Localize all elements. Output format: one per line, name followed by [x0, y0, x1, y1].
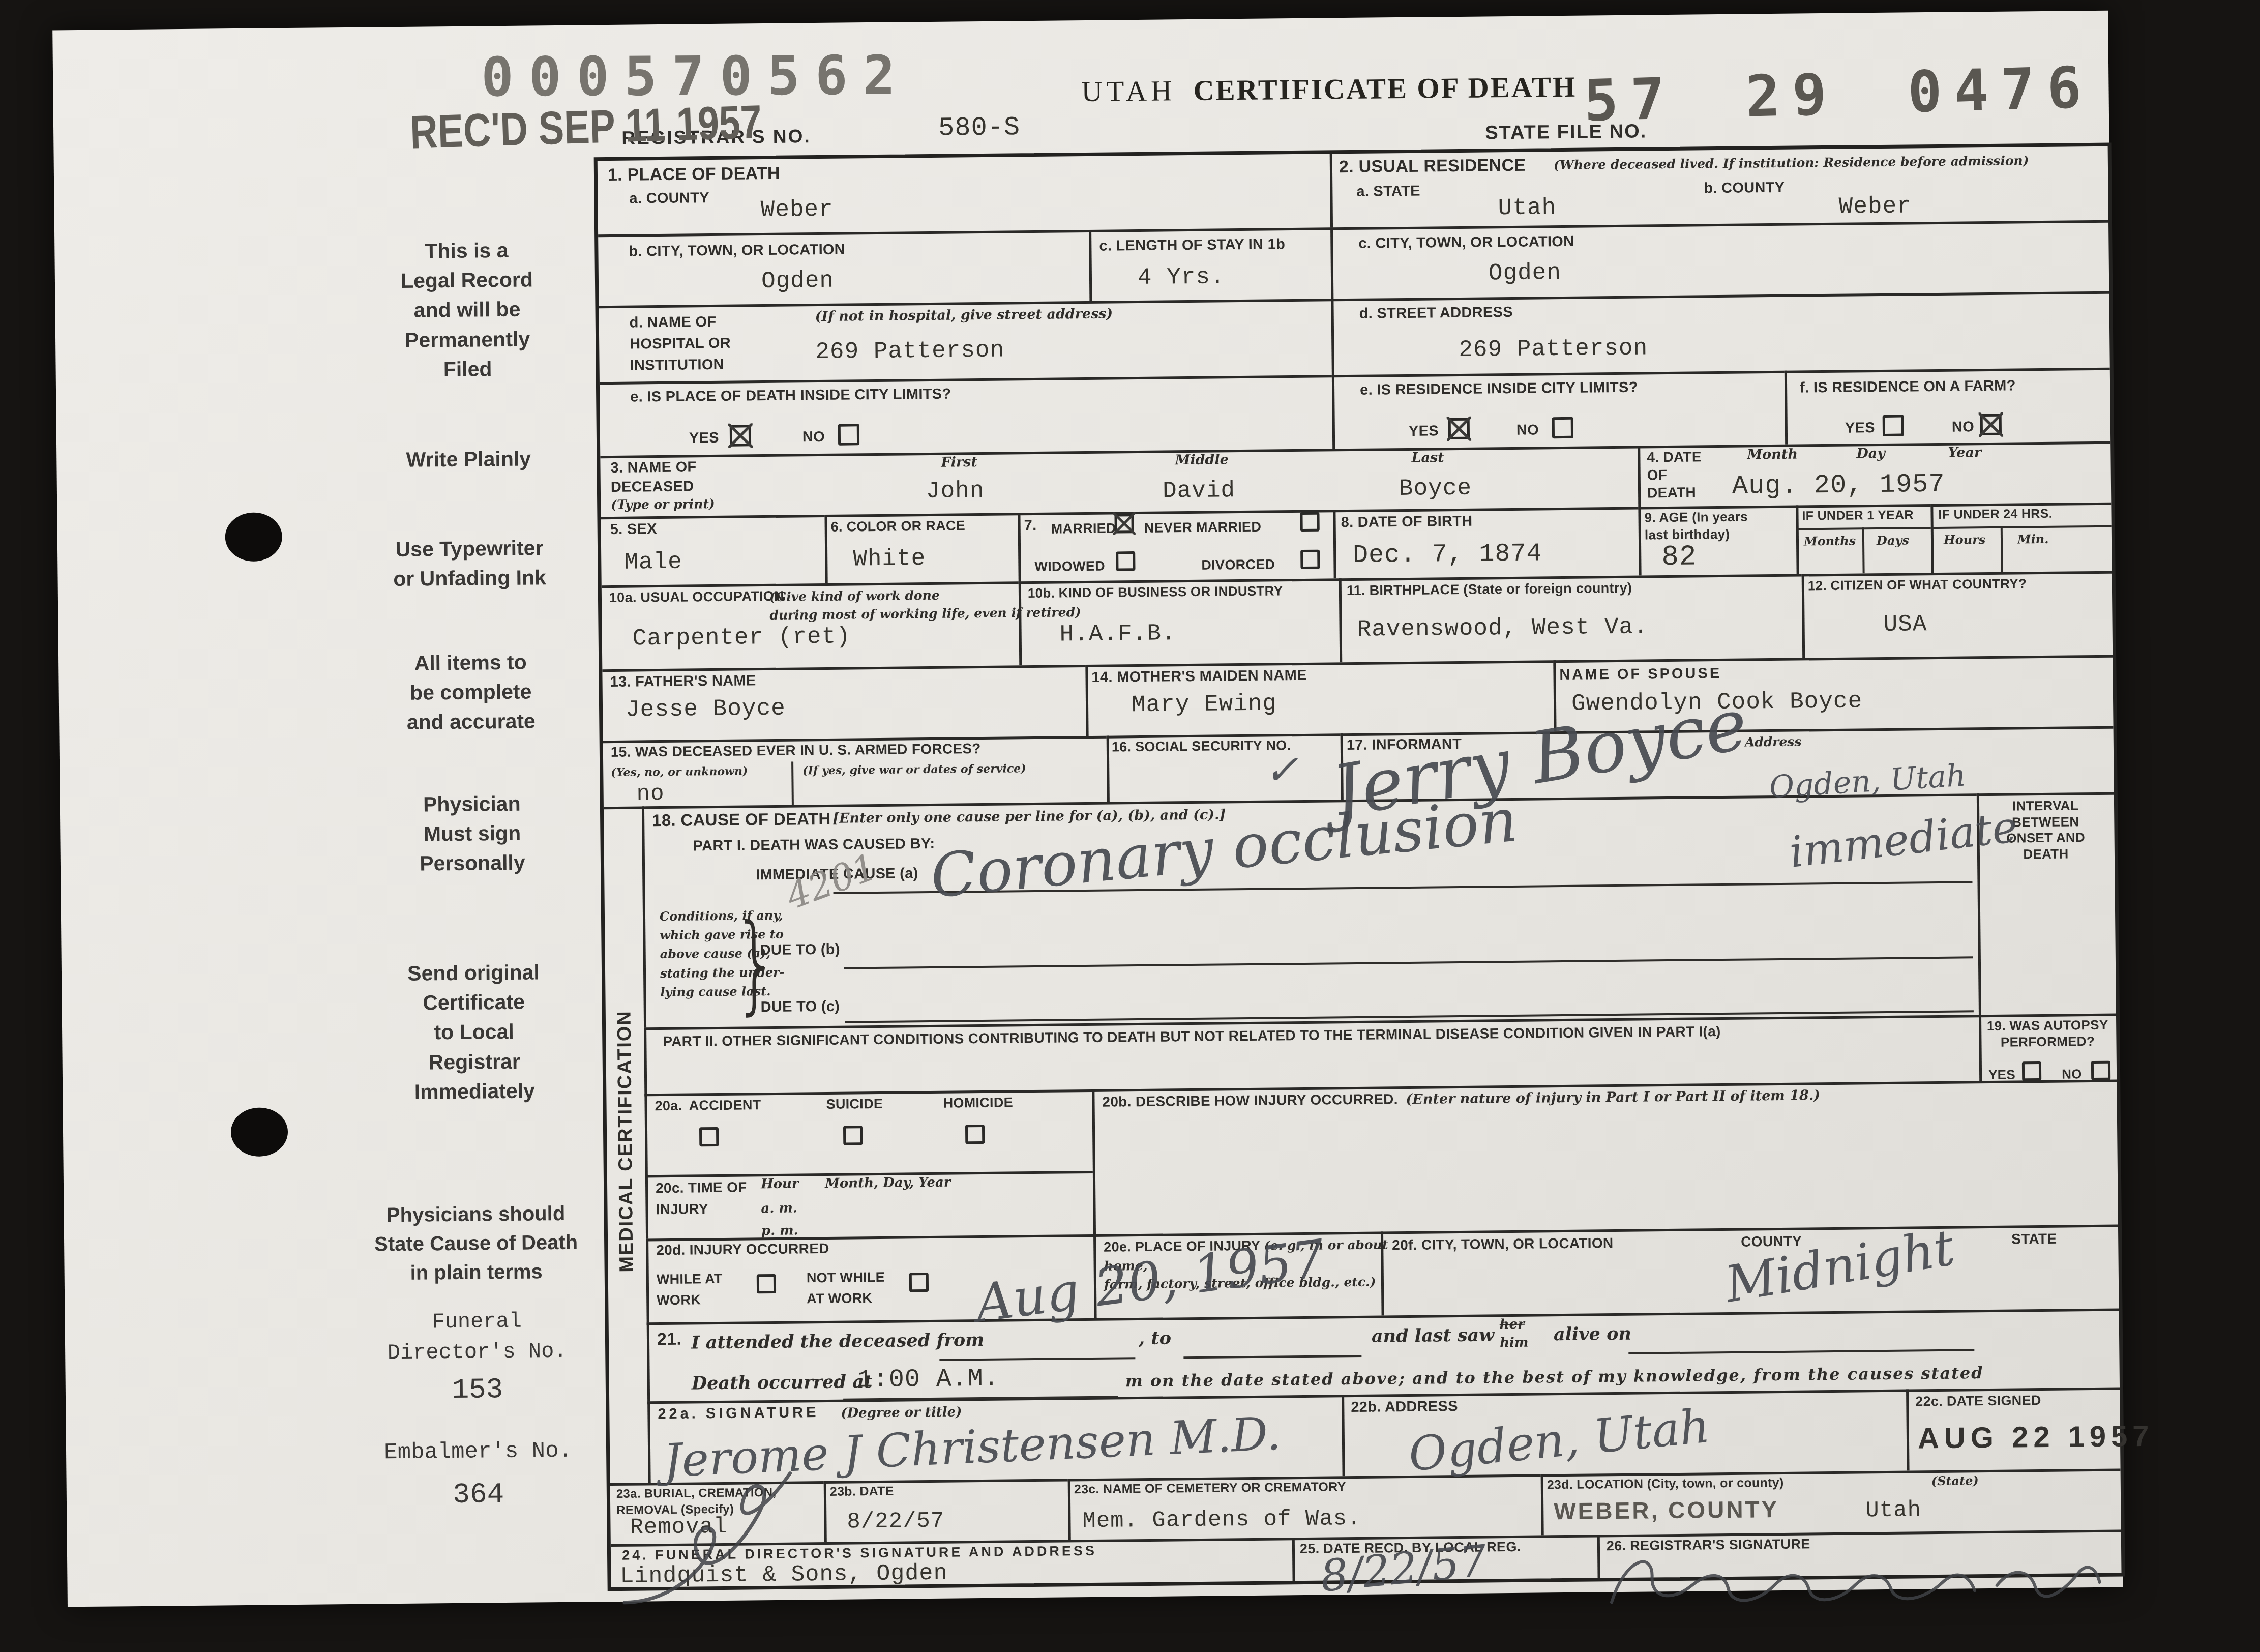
funeral-director-signature-scribble — [596, 1452, 823, 1625]
res-state-label: a. STATE — [1356, 183, 1420, 201]
death-limits-yes-checkbox — [730, 425, 751, 446]
date-of-death-title: 4. DATE OF DEATH — [1647, 448, 1702, 501]
death-month-label: Month — [1747, 447, 1798, 464]
farm-yes-label: YES — [1845, 419, 1875, 437]
received-date-stamp: REC'D SEP 11 1957 — [409, 94, 763, 161]
funeral-directors-no-label: Funeral Director's No. — [319, 1306, 635, 1369]
hole-punch-top — [225, 512, 282, 562]
embalmers-no-value: 364 — [321, 1473, 637, 1517]
months-label: Months — [1804, 533, 1856, 548]
father-label: 13. FATHER'S NAME — [610, 672, 756, 691]
margin-note-cause-plain-terms: Physicians should State Cause of Death i… — [318, 1199, 634, 1288]
suicide-checkbox — [843, 1126, 863, 1145]
sex-label: 5. SEX — [610, 520, 657, 539]
margin-note-send-original: Send original Certificate to Local Regis… — [316, 957, 633, 1108]
death-year-label: Year — [1948, 445, 1981, 462]
informant-address-label: Address — [1745, 734, 1802, 751]
days-label: Days — [1877, 533, 1909, 548]
race-label: 6. COLOR OR RACE — [831, 517, 966, 535]
while-at-work-label: WHILE AT WORK — [657, 1268, 723, 1310]
death-time-value: 1:00 A.M. — [857, 1364, 999, 1396]
age-value: 82 — [1661, 539, 1697, 574]
middle-name-value: David — [1163, 476, 1236, 505]
hospital-value: 269 Patterson — [815, 336, 1004, 367]
death-occurred-text: Death occurred at — [692, 1371, 873, 1395]
marital-number: 7. — [1024, 517, 1036, 535]
autopsy-no-label: NO — [2062, 1066, 2082, 1082]
attended-text-4: alive on — [1554, 1323, 1631, 1346]
widowed-checkbox — [1116, 551, 1135, 571]
sig-address-label: 22b. ADDRESS — [1351, 1398, 1458, 1417]
res-limits-no-label: NO — [1516, 421, 1539, 439]
res-farm-label: f. IS RESIDENCE ON A FARM? — [1800, 377, 2016, 397]
industry-value: H.A.F.B. — [1059, 619, 1176, 648]
mother-label: 14. MOTHER'S MAIDEN NAME — [1091, 667, 1307, 687]
res-state-value: Utah — [1498, 193, 1556, 222]
certificate-form: MEDICAL CERTIFICATION 1. PLACE OF DEATH … — [594, 143, 2125, 1591]
margin-note-write-plainly: Write Plainly — [311, 443, 627, 476]
sex-value: Male — [624, 548, 682, 577]
accident-checkbox — [699, 1127, 719, 1146]
date-signed-stamp: AUG 22 1957 — [1918, 1419, 2154, 1457]
deceased-type-note: (Type or print) — [611, 496, 715, 513]
cemetery-state-value: Utah — [1865, 1497, 1921, 1525]
margin-note-physician-sign: Physician Must sign Personally — [314, 788, 631, 880]
autopsy-yes-label: YES — [1988, 1067, 2015, 1083]
farm-yes-checkbox — [1883, 415, 1904, 436]
due-to-b-label: DUE TO (b) — [760, 941, 840, 960]
res-city-limits-label: e. IS RESIDENCE INSIDE CITY LIMITS? — [1360, 379, 1638, 400]
certificate-paper: 000570562 REC'D SEP 11 1957 REGISTRAR'S … — [52, 11, 2123, 1607]
pronoun-her: her — [1500, 1317, 1525, 1333]
item-20a-number: 20a. — [655, 1098, 682, 1114]
citizen-value: USA — [1883, 610, 1927, 639]
occupation-label: 10a. USUAL OCCUPATION — [609, 588, 784, 606]
title-utah: UTAH — [1081, 75, 1176, 108]
cemetery-state-label: (State) — [1931, 1473, 1979, 1488]
margin-note-use-typewriter: Use Typewriter or Unfading Ink — [312, 533, 628, 595]
married-checkbox — [1114, 514, 1134, 533]
res-limits-yes-label: YES — [1409, 422, 1439, 440]
divorced-label: DIVORCED — [1201, 556, 1275, 573]
state-file-number-stamp: 57 29 0476 — [1583, 53, 2095, 136]
res-limits-yes-checkbox — [1448, 418, 1470, 439]
registrar-signature-scribble — [1605, 1538, 2109, 1618]
injury-state-label: STATE — [2011, 1230, 2057, 1248]
cell-name-of-deceased — [600, 446, 1638, 517]
res-street-label: d. STREET ADDRESS — [1359, 304, 1513, 323]
armed-forces-label: 15. WAS DECEASED EVER IN U. S. ARMED FOR… — [611, 740, 981, 761]
res-street-value: 269 Patterson — [1459, 334, 1648, 364]
death-limits-no-checkbox — [838, 424, 859, 445]
middle-name-label: Middle — [1175, 452, 1229, 469]
registrar-no-value: 580-S — [938, 111, 1021, 144]
describe-injury-label: 20b. DESCRIBE HOW INJURY OCCURRED. — [1102, 1090, 1397, 1111]
never-married-label: NEVER MARRIED — [1144, 519, 1262, 537]
city-value: Ogden — [761, 267, 835, 296]
funeral-directors-no-value: 153 — [320, 1369, 636, 1412]
hole-punch-bottom — [231, 1107, 288, 1157]
death-limits-no-label: NO — [802, 428, 825, 447]
armed-forces-note1: (Yes, no, or unknown) — [611, 764, 748, 779]
date-signed-label: 22c. DATE SIGNED — [1915, 1392, 2041, 1410]
cemetery-label: 23c. NAME OF CEMETERY OR CREMATORY — [1074, 1479, 1346, 1497]
father-value: Jesse Boyce — [626, 694, 786, 724]
margin-note-all-items: All items to be complete and accurate — [313, 646, 629, 739]
spouse-label: NAME OF SPOUSE — [1559, 665, 1721, 684]
weber-county-stamp: WEBER, COUNTY — [1554, 1495, 1779, 1525]
under-24hrs-label: IF UNDER 24 HRS. — [1938, 506, 2053, 523]
cemetery-location-label: 23d. LOCATION (City, town, or county) — [1547, 1475, 1784, 1493]
length-of-stay-label: c. LENGTH OF STAY IN 1b — [1099, 235, 1285, 255]
never-married-checkbox — [1300, 512, 1319, 532]
suicide-label: SUICIDE — [826, 1096, 883, 1113]
last-name-value: Boyce — [1399, 474, 1472, 503]
married-label: MARRIED — [1051, 520, 1116, 537]
burial-date-value: 8/22/57 — [847, 1508, 944, 1537]
not-while-at-work-label: NOT WHILE AT WORK — [807, 1267, 885, 1309]
while-at-work-checkbox — [757, 1274, 776, 1293]
first-name-label: First — [941, 454, 977, 471]
not-while-at-work-checkbox — [909, 1273, 929, 1292]
informant-checkmark: ✓ — [1264, 745, 1299, 795]
signature-label: 22a. SIGNATURE — [658, 1404, 819, 1423]
injury-city-label: 20f. CITY, TOWN, OR LOCATION — [1392, 1234, 1613, 1254]
occupation-value: Carpenter (ret) — [632, 622, 851, 653]
accident-label: ACCIDENT — [689, 1097, 761, 1114]
embalmers-no-label: Embalmer's No. — [320, 1435, 636, 1469]
cause-of-death-title: 18. CAUSE OF DEATH — [652, 809, 831, 831]
hospital-note: (If not in hospital, give street address… — [815, 306, 1113, 326]
industry-label: 10b. KIND OF BUSINESS OR INDUSTRY — [1028, 583, 1283, 602]
injury-am-label: a. m. — [761, 1201, 797, 1217]
place-of-death-title: 1. PLACE OF DEATH — [608, 163, 780, 186]
res-county-value: Weber — [1838, 192, 1912, 221]
farm-no-checkbox — [1980, 414, 2002, 435]
age-label: 9. AGE (In years last birthday) — [1644, 509, 1748, 544]
attended-text-2: , to — [1139, 1327, 1171, 1349]
time-of-injury-label: 20c. TIME OF INJURY — [656, 1176, 747, 1220]
birth place-label: 11. BIRTHPLACE (State or foreign country… — [1347, 580, 1632, 599]
title-main: CERTIFICATE OF DEATH — [1193, 71, 1577, 107]
last-name-label: Last — [1411, 450, 1444, 467]
margin-note-legal-record: This is a Legal Record and will be Perma… — [309, 234, 626, 386]
mother-value: Mary Ewing — [1132, 689, 1277, 719]
certificate-title: UTAH CERTIFICATE OF DEATH — [1081, 70, 1577, 110]
birth-date-value: Dec. 7, 1874 — [1353, 538, 1542, 571]
birth-date-label: 8. DATE OF BIRTH — [1341, 513, 1472, 532]
res-city-label: c. CITY, TOWN, OR LOCATION — [1358, 233, 1574, 253]
death-day-label: Day — [1856, 446, 1885, 462]
county-value: Weber — [760, 195, 834, 224]
first-name-value: John — [926, 477, 985, 506]
attended-text-3: and last saw — [1372, 1324, 1495, 1347]
part1-label: PART I. DEATH WAS CAUSED BY: — [693, 835, 935, 855]
autopsy-yes-checkbox — [2022, 1061, 2041, 1081]
farm-no-label: NO — [1952, 418, 1974, 436]
res-city-value: Ogden — [1489, 258, 1562, 287]
autopsy-no-checkbox — [2091, 1061, 2110, 1080]
usual-residence-title: 2. USUAL RESIDENCE — [1339, 155, 1526, 178]
injury-pm-label: p. m. — [761, 1223, 798, 1240]
cell-residence-city — [1330, 220, 2109, 299]
hours-label: Hours — [1944, 532, 1986, 547]
injury-mdy-label: Month, Day, Year — [825, 1175, 951, 1192]
due-to-c-label: DUE TO (c) — [761, 998, 840, 1017]
min-label: Min. — [2017, 532, 2049, 547]
item-21-number: 21. — [657, 1329, 682, 1350]
death-limits-yes-label: YES — [689, 429, 719, 448]
attended-text-1: I attended the deceased from — [691, 1330, 985, 1354]
date-of-death-value: Aug. 20, 1957 — [1732, 468, 1945, 503]
res-limits-no-checkbox — [1552, 417, 1573, 438]
armed-forces-value: no — [636, 781, 664, 808]
res-county-label: b. COUNTY — [1704, 179, 1785, 198]
injury-hour-label: Hour — [761, 1176, 799, 1192]
hours-min-divider — [2001, 526, 2003, 572]
burial-date-label: 23b. DATE — [830, 1484, 894, 1500]
race-value: White — [853, 544, 926, 573]
pronoun-him: him — [1500, 1335, 1529, 1351]
injury-occurred-label: 20d. INJURY OCCURRED — [656, 1240, 829, 1259]
months-days-divider — [1862, 527, 1865, 573]
widowed-label: WIDOWED — [1034, 558, 1105, 575]
homicide-checkbox — [965, 1125, 985, 1144]
cemetery-value: Mem. Gardens of Was. — [1082, 1506, 1361, 1536]
scan-background: 000570562 REC'D SEP 11 1957 REGISTRAR'S … — [0, 0, 2260, 1652]
birthplace-value: Ravenswood, West Va. — [1357, 612, 1648, 644]
deceased-title: 3. NAME OF DECEASED — [610, 458, 697, 497]
armed-forces-divider — [791, 762, 794, 805]
homicide-label: HOMICIDE — [943, 1094, 1013, 1111]
hospital-label: d. NAME OF HOSPITAL OR INSTITUTION — [630, 311, 731, 376]
divorced-checkbox — [1300, 550, 1320, 569]
under-1-year-label: IF UNDER 1 YEAR — [1802, 507, 1914, 524]
autopsy-label: 19. WAS AUTOPSY PERFORMED? — [1985, 1017, 2110, 1051]
armed-forces-note2: (If yes, give war or dates of service) — [802, 762, 1026, 778]
city-label: b. CITY, TOWN, OR LOCATION — [629, 241, 845, 261]
signature-degree-note: (Degree or title) — [841, 1404, 962, 1422]
death-city-limits-label: e. IS PLACE OF DEATH INSIDE CITY LIMITS? — [630, 386, 951, 406]
citizen-label: 12. CITIZEN OF WHAT COUNTRY? — [1808, 576, 2027, 594]
length-of-stay-value: 4 Yrs. — [1138, 262, 1225, 292]
county-label: a. COUNTY — [629, 189, 709, 208]
